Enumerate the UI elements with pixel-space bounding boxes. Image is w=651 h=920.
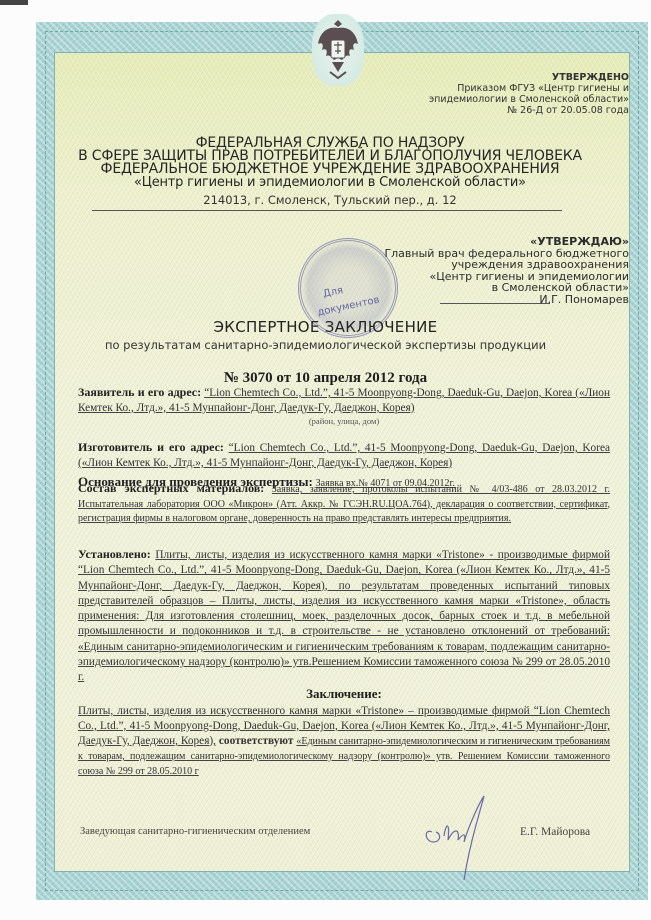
manufacturer-label: Изготовитель и его адрес: <box>78 440 224 454</box>
approved-line: № 26-Д от 20.05.08 года <box>429 105 629 116</box>
materials-section: Состав экспертных материалов: Заявка, за… <box>78 481 610 527</box>
org-line: «Центр гигиены и эпидемиологии в Смоленс… <box>40 176 620 189</box>
document-title: ЭКСПЕРТНОЕ ЗАКЛЮЧЕНИЕ <box>0 318 651 336</box>
approval-line: учреждения здравоохранения <box>384 259 629 271</box>
conclusion-section: Заключение: Плиты, листы, изделия из иск… <box>78 683 610 779</box>
approved-block: УТВЕРЖДЕНО Приказом ФГУЗ «Центр гигиены … <box>429 72 629 116</box>
double-headed-eagle-emblem-icon <box>312 14 364 86</box>
handwritten-signature <box>420 792 490 882</box>
approval-block: «УТВЕРЖДАЮ» Главный врач федерального бю… <box>384 236 629 305</box>
signature-line <box>440 303 550 304</box>
divider <box>92 210 562 211</box>
approved-line: эпидемиологии в Смоленской области» <box>429 94 629 105</box>
applicant-section: Заявитель и его адрес: “Lion Chemtech Co… <box>78 385 610 426</box>
approval-heading: «УТВЕРЖДАЮ» <box>384 236 629 248</box>
conclusion-heading: Заключение: <box>78 687 610 702</box>
conclusion-verdict: соответствуют <box>219 735 293 747</box>
established-value: Плиты, листы, изделия из искусственного … <box>78 549 610 683</box>
established-section: Установлено: Плиты, листы, изделия из ис… <box>78 547 610 686</box>
approved-heading: УТВЕРЖДЕНО <box>429 72 629 83</box>
stamp-text: Для <box>322 285 344 300</box>
applicant-label: Заявитель и его адрес: <box>78 385 201 399</box>
signatory-position: Заведующая санитарно-гигиеническим отдел… <box>80 826 310 837</box>
org-address: 214013, г. Смоленск, Тульский пер., д. 1… <box>100 193 560 207</box>
materials-label: Состав экспертных материалов: <box>78 481 264 495</box>
established-label: Установлено: <box>78 547 151 561</box>
approved-line: Приказом ФГУЗ «Центр гигиены и <box>429 83 629 94</box>
applicant-hint: (район, улица, дом) <box>78 416 610 426</box>
approval-line: в Смоленской области» <box>384 282 629 294</box>
organization-header: ФЕДЕРАЛЬНАЯ СЛУЖБА ПО НАДЗОРУ В СФЕРЕ ЗА… <box>40 137 620 189</box>
signatory-name: Е.Г. Майорова <box>520 826 590 838</box>
document-subtitle: по результатам санитарно-эпидемиологичес… <box>0 338 651 352</box>
scan-corner-mark <box>0 0 28 5</box>
